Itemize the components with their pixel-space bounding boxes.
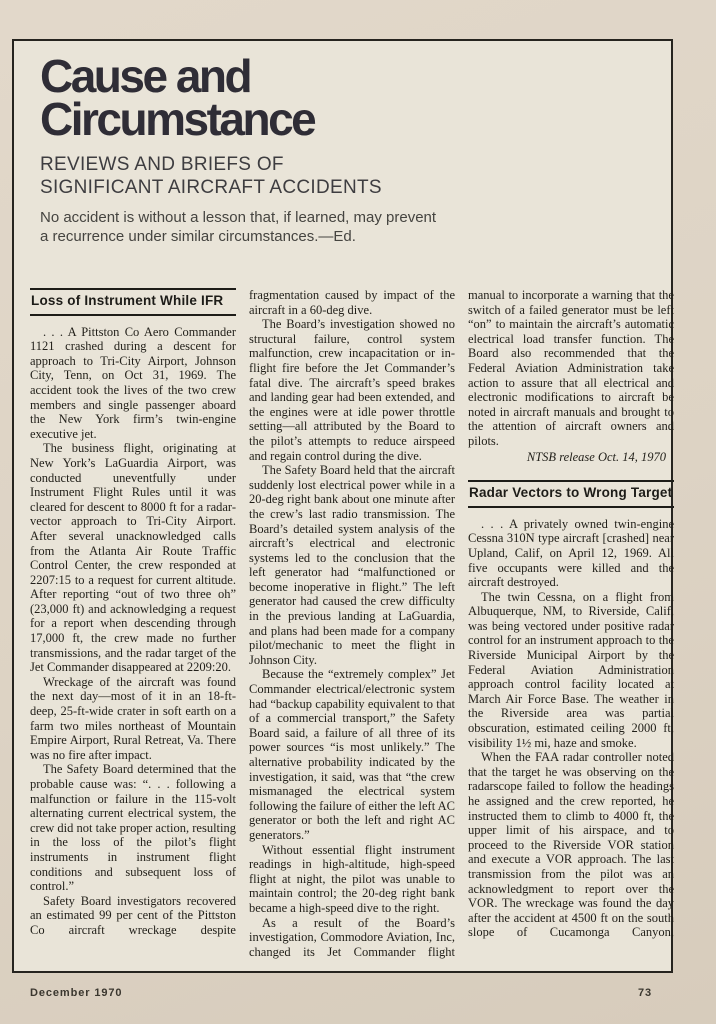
page-title: Cause and Circumstance (40, 55, 671, 141)
paragraph: The Safety Board held that the aircraft … (249, 463, 455, 667)
paragraph: The Safety Board determined that the pro… (30, 762, 236, 893)
article-columns: Loss of Instrument While IFR . . . A Pit… (30, 288, 674, 964)
ntsb-release-byline: NTSB release Oct. 14, 1970 (468, 450, 666, 465)
title-line-1: Cause and (40, 55, 671, 98)
page-footer: December 1970 73 (30, 987, 652, 999)
paragraph: The Board’s investigation showed no stru… (249, 317, 455, 463)
tagline-line-2: a recurrence under similar circumstances… (40, 227, 671, 246)
article-heading-radar-vectors: Radar Vectors to Wrong Target (468, 480, 674, 508)
issue-date: December 1970 (30, 987, 122, 999)
paragraph: The twin Cessna, on a flight from Albuqu… (468, 590, 674, 751)
section-subtitle: REVIEWS AND BRIEFS OF SIGNIFICANT AIRCRA… (40, 153, 671, 199)
paragraph: Wreckage of the aircraft was found the n… (30, 675, 236, 763)
paragraph: Without essential flight instrument read… (249, 843, 455, 916)
article-frame: Cause and Circumstance REVIEWS AND BRIEF… (12, 39, 673, 973)
masthead: Cause and Circumstance REVIEWS AND BRIEF… (14, 41, 671, 246)
article-heading-loss-of-instrument: Loss of Instrument While IFR (30, 288, 236, 316)
page-number: 73 (638, 987, 652, 999)
editor-tagline: No accident is without a lesson that, if… (40, 208, 671, 246)
paragraph: . . . A Pittston Co Aero Commander 1121 … (30, 325, 236, 442)
subtitle-line-2: SIGNIFICANT AIRCRAFT ACCIDENTS (40, 176, 671, 199)
magazine-page: Cause and Circumstance REVIEWS AND BRIEF… (0, 0, 716, 1024)
title-line-2: Circumstance (40, 98, 671, 141)
paragraph: . . . A privately owned twin-engine Cess… (468, 517, 674, 590)
subtitle-line-1: REVIEWS AND BRIEFS OF (40, 153, 671, 176)
tagline-line-1: No accident is without a lesson that, if… (40, 208, 671, 227)
paragraph: Because the “extremely complex” Jet Comm… (249, 667, 455, 842)
paragraph: The business flight, originating at New … (30, 441, 236, 675)
